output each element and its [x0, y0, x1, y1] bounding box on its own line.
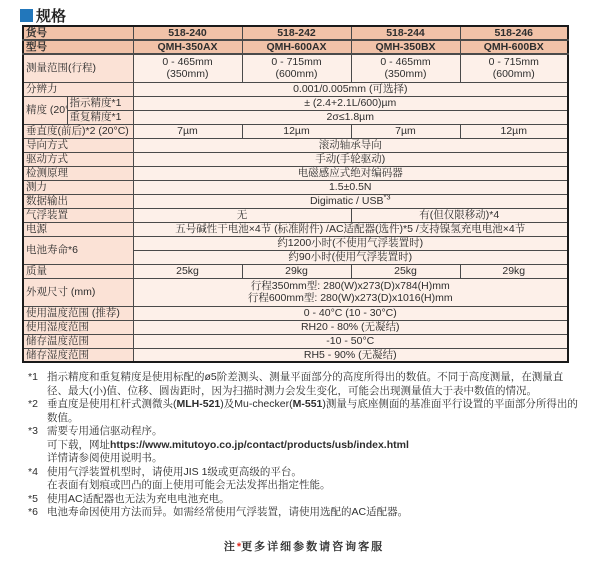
- spec-label: 测量范围(行程): [23, 54, 133, 82]
- row-resolution: 分辨力 0.001/0.005mm (可选择): [23, 82, 568, 96]
- row-mass: 质量 25kg 29kg 25kg 29kg: [23, 264, 568, 278]
- footnote-marker: *5: [28, 493, 47, 507]
- spec-value: -10 - 50°C: [133, 334, 568, 348]
- spec-value: 2σ≤1.8µm: [133, 110, 568, 124]
- spec-label: 导向方式: [23, 138, 133, 152]
- row-drive-method: 驱动方式 手动(手轮驱动): [23, 152, 568, 166]
- footnote-line: 需要专用通信驱动程序。: [47, 425, 584, 439]
- row-detection-principle: 检测原理 电磁感应式绝对编码器: [23, 166, 568, 180]
- spec-value-item-no-4: 518-246: [460, 26, 568, 40]
- footnote-1: *1 指示精度和重复精度是使用标配的ø5阶差测头、测量平面部分的高度所得出的数值…: [28, 371, 584, 398]
- row-item-no: 货号 518-240 518-242 518-244 518-246: [23, 26, 568, 40]
- spec-value: 25kg: [133, 264, 242, 278]
- footnote-marker: *1: [28, 371, 47, 398]
- spec-label: 质量: [23, 264, 133, 278]
- spec-value: 7µm: [133, 124, 242, 138]
- footer-note: 注*更多详细参数请咨询客服: [0, 538, 608, 554]
- footnote-text: 指示精度和重复精度是使用标配的ø5阶差测头、测量平面部分的高度所得出的数值。不同…: [47, 371, 584, 398]
- row-storage-humidity: 储存湿度范围 RH5 - 90% (无凝结): [23, 348, 568, 362]
- row-power-supply: 电源 五号碱性干电池×4节 (标准附件) /AC适配器(选件)*5 /支持镍氢充…: [23, 222, 568, 236]
- product-code: M-551: [293, 398, 323, 410]
- spec-value: 1.5±0.5N: [133, 180, 568, 194]
- footnote-6: *6 电池寿命因使用方法而异。如需经常使用气浮装置，请使用选配的AC适配器。: [28, 506, 584, 520]
- footnotes: *1 指示精度和重复精度是使用标配的ø5阶差测头、测量平面部分的高度所得出的数值…: [28, 371, 584, 520]
- spec-value: 12µm: [460, 124, 568, 138]
- row-operating-humidity: 使用湿度范围 RH20 - 80% (无凝结): [23, 320, 568, 334]
- spec-label: 储存湿度范围: [23, 348, 133, 362]
- spec-label-accuracy-group: 精度 (20°C): [23, 96, 67, 124]
- footnote-2: *2 垂直度是使用杠杆式测微头(MLH-521)及Mu-checker(M-55…: [28, 398, 584, 425]
- row-measuring-range: 测量范围(行程) 0 - 465mm (350mm) 0 - 715mm (60…: [23, 54, 568, 82]
- footnote-3: *3 需要专用通信驱动程序。 可下载，网址https://www.mitutoy…: [28, 425, 584, 466]
- footnote-line: 在表面有划痕或凹凸的面上使用可能会无法发挥出指定性能。: [47, 479, 584, 493]
- spec-label: 指示精度*1: [67, 96, 133, 110]
- spec-value: 0.001/0.005mm (可选择): [133, 82, 568, 96]
- data-output-footnote-ref: *3: [383, 194, 390, 201]
- spec-value-battery-with-air: 约90小时(使用气浮装置时): [133, 250, 568, 264]
- spec-value: RH5 - 90% (无凝结): [133, 348, 568, 362]
- spec-value: 29kg: [460, 264, 568, 278]
- product-code: MLH-521: [177, 398, 221, 410]
- footnote-line: 详情请参阅使用说明书。: [47, 452, 584, 466]
- row-air-float: 气浮装置 无 有(但仅限移动)*4: [23, 208, 568, 222]
- spec-value: 0 - 715mm (600mm): [460, 54, 568, 82]
- spec-label: 检测原理: [23, 166, 133, 180]
- spec-value: 29kg: [242, 264, 351, 278]
- row-perpendicularity: 垂直度(前后)*2 (20°C) 7µm 12µm 7µm 12µm: [23, 124, 568, 138]
- footnote-text: 使用AC适配器也无法为充电电池充电。: [47, 493, 584, 507]
- spec-value-item-no-1: 518-240: [133, 26, 242, 40]
- spec-label: 重复精度*1: [67, 110, 133, 124]
- footer-note-prefix: 注: [224, 541, 237, 553]
- spec-label: 分辨力: [23, 82, 133, 96]
- spec-value-model-4: QMH-600BX: [460, 40, 568, 54]
- spec-label: 气浮装置: [23, 208, 133, 222]
- spec-label: 垂直度(前后)*2 (20°C): [23, 124, 133, 138]
- spec-value: 行程350mm型: 280(W)x273(D)x784(H)mm 行程600mm…: [133, 278, 568, 306]
- spec-value: 7µm: [351, 124, 460, 138]
- footnote-segment: 垂直度是使用杠杆式测微头(: [47, 398, 177, 410]
- footnote-text: 使用气浮装置机型时，请使用JIS 1级或更高级的平台。 在表面有划痕或凹凸的面上…: [47, 466, 584, 493]
- footnote-marker: *6: [28, 506, 47, 520]
- footnote-marker: *2: [28, 398, 47, 425]
- spec-label: 测力: [23, 180, 133, 194]
- spec-label: 电池寿命*6: [23, 236, 133, 264]
- footnote-segment: 可下载，网址: [47, 439, 110, 451]
- row-storage-temp: 储存温度范围 -10 - 50°C: [23, 334, 568, 348]
- spec-value-air-float-ax: 无: [133, 208, 351, 222]
- footnote-line: 可下载，网址https://www.mitutoyo.co.jp/contact…: [47, 439, 584, 453]
- row-indication-accuracy: 精度 (20°C) 指示精度*1 ± (2.4+2.1L/600)µm: [23, 96, 568, 110]
- footnote-text: 垂直度是使用杠杆式测微头(MLH-521)及Mu-checker(M-551)测…: [47, 398, 584, 425]
- row-operating-temp: 使用温度范围 (推荐) 0 - 40°C (10 - 30°C): [23, 306, 568, 320]
- spec-value-item-no-2: 518-242: [242, 26, 351, 40]
- spec-value-model-3: QMH-350BX: [351, 40, 460, 54]
- spec-label: 使用湿度范围: [23, 320, 133, 334]
- row-guide-method: 导向方式 滚动轴承导向: [23, 138, 568, 152]
- spec-value: ± (2.4+2.1L/600)µm: [133, 96, 568, 110]
- spec-label: 电源: [23, 222, 133, 236]
- spec-value: 0 - 465mm (350mm): [133, 54, 242, 82]
- data-output-text: Digimatic / USB: [310, 195, 384, 207]
- spec-value: 电磁感应式绝对编码器: [133, 166, 568, 180]
- spec-value-air-float-bx: 有(但仅限移动)*4: [351, 208, 568, 222]
- download-url-link[interactable]: https://www.mitutoyo.co.jp/contact/produ…: [110, 439, 409, 451]
- row-data-output: 数据输出 Digimatic / USB*3: [23, 194, 568, 208]
- spec-value-model-1: QMH-350AX: [133, 40, 242, 54]
- row-model: 型号 QMH-350AX QMH-600AX QMH-350BX QMH-600…: [23, 40, 568, 54]
- spec-value: RH20 - 80% (无凝结): [133, 320, 568, 334]
- footnote-text: 需要专用通信驱动程序。 可下载，网址https://www.mitutoyo.c…: [47, 425, 584, 466]
- spec-value: 0 - 40°C (10 - 30°C): [133, 306, 568, 320]
- spec-value-item-no-3: 518-244: [351, 26, 460, 40]
- footnote-4: *4 使用气浮装置机型时，请使用JIS 1级或更高级的平台。 在表面有划痕或凹凸…: [28, 466, 584, 493]
- row-dimensions: 外观尺寸 (mm) 行程350mm型: 280(W)x273(D)x784(H)…: [23, 278, 568, 306]
- spec-label: 使用温度范围 (推荐): [23, 306, 133, 320]
- spec-label: 数据输出: [23, 194, 133, 208]
- spec-value-model-2: QMH-600AX: [242, 40, 351, 54]
- footnote-marker: *3: [28, 425, 47, 466]
- spec-label: 驱动方式: [23, 152, 133, 166]
- section-title: 规格: [20, 5, 608, 25]
- spec-label: 货号: [23, 26, 133, 40]
- spec-value-battery-no-air: 约1200小时(不使用气浮装置时): [133, 236, 568, 250]
- spec-value: 滚动轴承导向: [133, 138, 568, 152]
- spec-value: 0 - 465mm (350mm): [351, 54, 460, 82]
- spec-value: 手动(手轮驱动): [133, 152, 568, 166]
- footnote-segment: )及Mu-checker(: [220, 398, 292, 410]
- spec-label: 储存温度范围: [23, 334, 133, 348]
- row-measuring-force: 测力 1.5±0.5N: [23, 180, 568, 194]
- spec-value: 25kg: [351, 264, 460, 278]
- spec-label: 外观尺寸 (mm): [23, 278, 133, 306]
- spec-table: 货号 518-240 518-242 518-244 518-246 型号 QM…: [22, 25, 569, 363]
- spec-value: 12µm: [242, 124, 351, 138]
- footnote-5: *5 使用AC适配器也无法为充电电池充电。: [28, 493, 584, 507]
- footnote-line: 使用气浮装置机型时，请使用JIS 1级或更高级的平台。: [47, 466, 584, 480]
- section-title-text: 规格: [36, 5, 66, 26]
- spec-value: 0 - 715mm (600mm): [242, 54, 351, 82]
- footnote-text: 电池寿命因使用方法而异。如需经常使用气浮装置，请使用选配的AC适配器。: [47, 506, 584, 520]
- row-battery-life-1: 电池寿命*6 约1200小时(不使用气浮装置时): [23, 236, 568, 250]
- row-repeatability: 重复精度*1 2σ≤1.8µm: [23, 110, 568, 124]
- spec-value: 五号碱性干电池×4节 (标准附件) /AC适配器(选件)*5 /支持镍氢充电电池…: [133, 222, 568, 236]
- footer-note-text: 更多详细参数请咨询客服: [241, 541, 384, 553]
- spec-label: 型号: [23, 40, 133, 54]
- spec-value: Digimatic / USB*3: [133, 194, 568, 208]
- footnote-marker: *4: [28, 466, 47, 493]
- section-marker-icon: [20, 9, 33, 22]
